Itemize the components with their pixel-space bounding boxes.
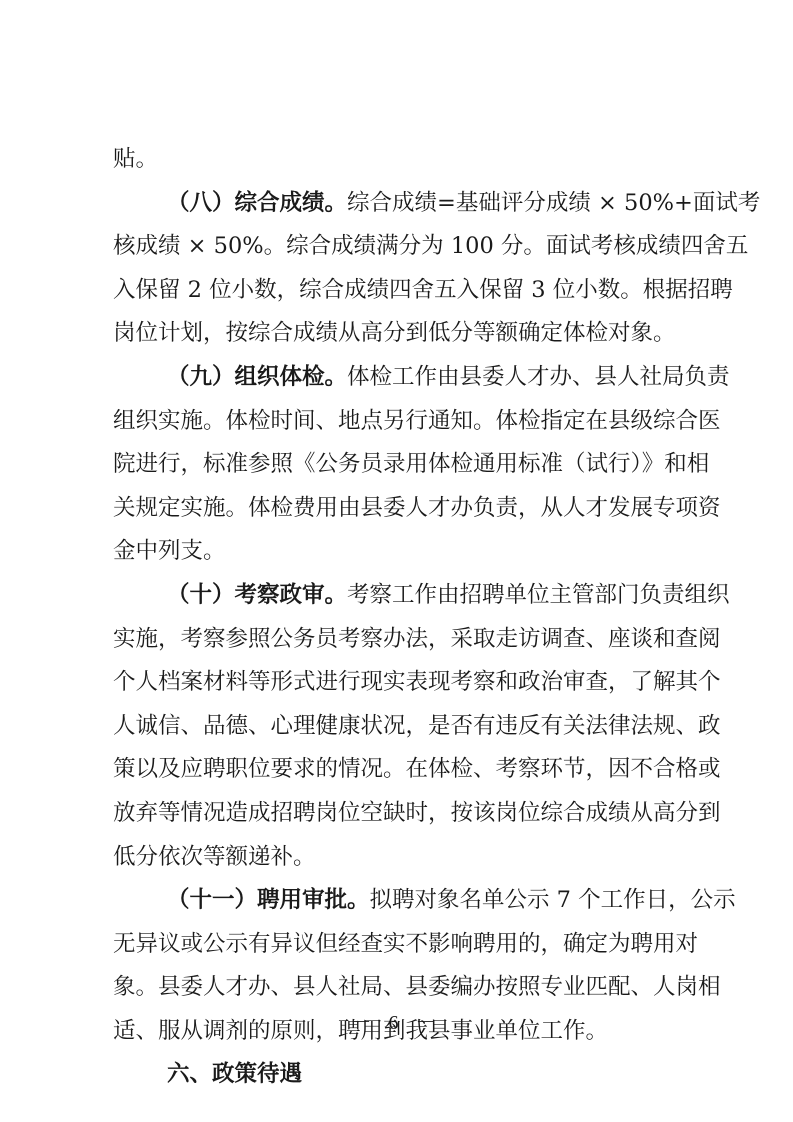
section-9-first-line: （九）组织体检。体检工作由县委人才办、县人社局负责 xyxy=(113,356,680,400)
section-8-first-line: （八）综合成绩。综合成绩=基础评分成绩 × 50%+面试考 xyxy=(113,182,680,226)
section-9-line: 金中列支。 xyxy=(113,530,680,574)
section-9-line: 关规定实施。体检费用由县委人才办负责，从人才发展专项资 xyxy=(113,487,680,531)
section-10-line: 个人档案材料等形式进行现实表现考察和政治审查，了解其个 xyxy=(113,661,680,705)
section-10-line: 放弃等情况造成招聘岗位空缺时，按该岗位综合成绩从高分到 xyxy=(113,792,680,836)
section-10-first-line: （十）考察政审。考察工作由招聘单位主管部门负责组织 xyxy=(113,574,680,618)
section-9-line: 院进行，标准参照《公务员录用体检通用标准（试行）》和相 xyxy=(113,443,680,487)
section-10-line: 人诚信、品德、心理健康状况，是否有违反有关法律法规、政 xyxy=(113,705,680,749)
section-9-title: （九）组织体检。 xyxy=(167,364,347,390)
document-page: 贴。 （八）综合成绩。综合成绩=基础评分成绩 × 50%+面试考 核成绩 × 5… xyxy=(113,138,680,1097)
section-8-line: 岗位计划，按综合成绩从高分到低分等额确定体检对象。 xyxy=(113,312,680,356)
section-11-title: （十一）聘用审批。 xyxy=(167,887,370,913)
section-9-line: 组织实施。体检时间、地点另行通知。体检指定在县级综合医 xyxy=(113,400,680,444)
section-10-title: （十）考察政审。 xyxy=(167,582,347,608)
section-10-text: 考察工作由招聘单位主管部门负责组织 xyxy=(347,582,730,608)
continuation-line: 贴。 xyxy=(113,138,680,182)
section-11-line: 象。县委人才办、县人社局、县委编办按照专业匹配、人岗相 xyxy=(113,966,680,1010)
section-8-title: （八）综合成绩。 xyxy=(167,190,347,216)
section-10-line: 低分依次等额递补。 xyxy=(113,836,680,880)
section-8-line: 入保留 2 位小数，综合成绩四舍五入保留 3 位小数。根据招聘 xyxy=(113,269,680,313)
section-8-line: 核成绩 × 50%。综合成绩满分为 100 分。面试考核成绩四舍五 xyxy=(113,225,680,269)
section-9-text: 体检工作由县委人才办、县人社局负责 xyxy=(347,364,730,390)
section-11-line: 无异议或公示有异议但经查实不影响聘用的，确定为聘用对 xyxy=(113,923,680,967)
section-8-text: 综合成绩=基础评分成绩 × 50%+面试考 xyxy=(347,190,760,216)
section-10-line: 策以及应聘职位要求的情况。在体检、考察环节，因不合格或 xyxy=(113,748,680,792)
section-11-first-line: （十一）聘用审批。拟聘对象名单公示 7 个工作日，公示 xyxy=(113,879,680,923)
section-10-line: 实施，考察参照公务员考察办法，采取走访调查、座谈和查阅 xyxy=(113,618,680,662)
page-number: － 6 － xyxy=(0,1006,793,1035)
next-section-heading: 六、政策待遇 xyxy=(113,1053,680,1097)
section-11-text: 拟聘对象名单公示 7 个工作日，公示 xyxy=(370,887,736,913)
